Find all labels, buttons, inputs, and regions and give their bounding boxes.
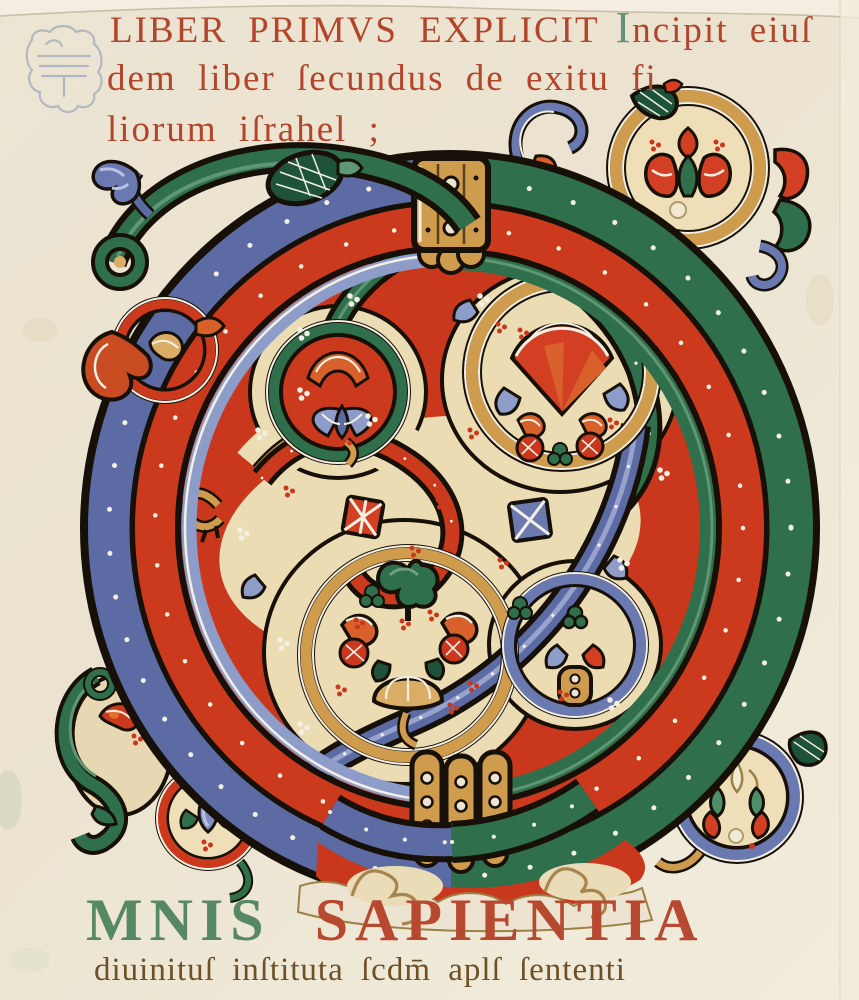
rubric-incipit-rest: ncipit eiuſ [632,10,813,51]
rubric-line-1: LIBER PRIMVS EXPLICITIncipit eiuſ [110,6,813,52]
red-leaf [775,149,808,198]
rubric-line-2: dem liber ſecundus de exitu fi [107,57,658,100]
blue-palmette [93,162,139,204]
green-leaf [774,200,810,251]
rubric-explicit: LIBER PRIMVS EXPLICIT [110,10,600,51]
rubric-incipit-initial: I [616,3,633,52]
display-word-sapientia: SAPIENTIA [315,886,705,955]
library-stamp [27,26,102,112]
spiral-top-left [267,321,409,464]
blue-buckle [509,499,552,542]
manuscript-page: LIBER PRIMVS EXPLICITIncipit eiuſ dem li… [0,0,859,1000]
rubric-line-3: liorum iſrahel ; [107,108,381,151]
text-line: diuinituſ inſtituta ſcdm̄ aplſ ſententi [94,952,626,989]
display-word-mnis: MNIS [86,886,271,955]
display-line: MNIS SAPIENTIA [86,886,704,955]
red-buckle [342,496,384,538]
